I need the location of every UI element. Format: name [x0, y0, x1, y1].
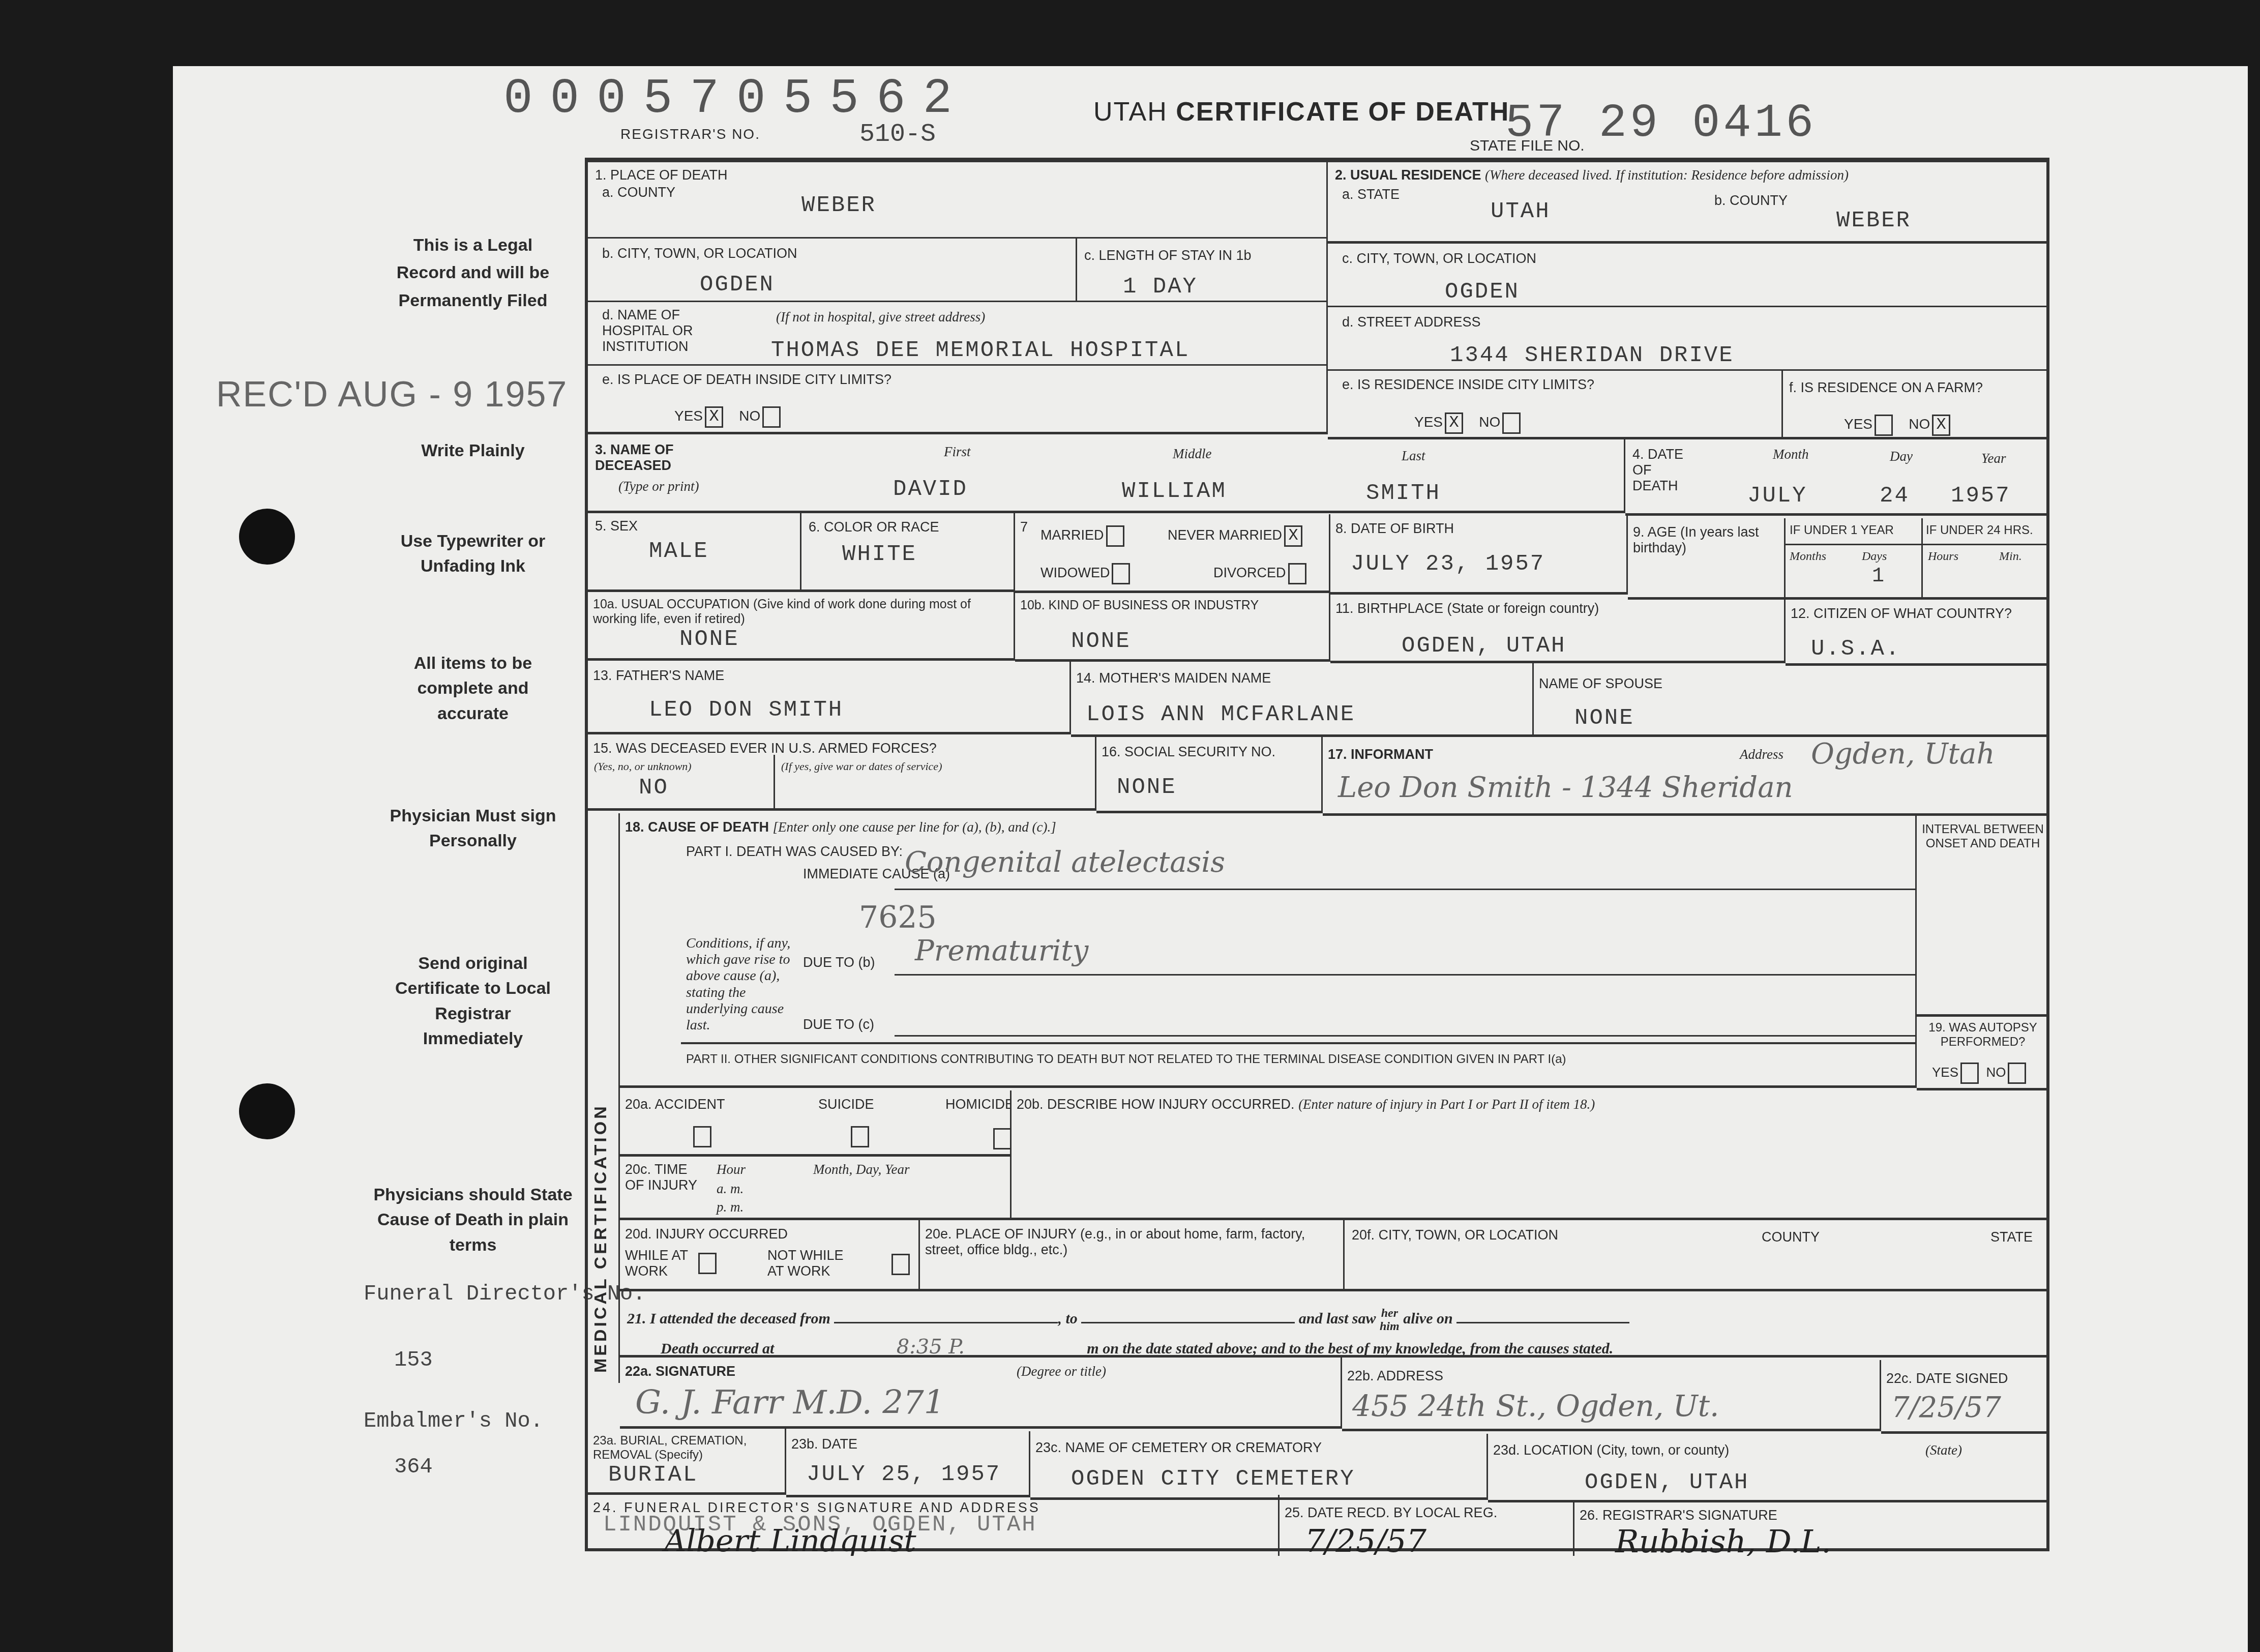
residence-county-label: b. COUNTY [1714, 193, 1788, 209]
informant-address-label: Address [1740, 747, 1783, 762]
field-occupation: 10a. USUAL OCCUPATION (Give kind of work… [588, 592, 1015, 661]
autopsy-label: 19. WAS AUTOPSY PERFORMED? [1922, 1021, 2044, 1049]
armed-forces-hint-2: (If yes, give war or dates of service) [781, 760, 942, 773]
divider [774, 755, 775, 811]
field-physician-signature: 22a. SIGNATURE (Degree or title) G. J. F… [620, 1358, 1342, 1429]
field-injury-location: 20f. CITY, TOWN, OR LOCATION COUNTY STAT… [1345, 1220, 2049, 1291]
spouse-name-label: NAME OF SPOUSE [1539, 676, 1662, 692]
autopsy-no-checkbox[interactable] [2008, 1063, 2026, 1084]
sex-value[interactable]: MALE [649, 539, 709, 564]
field-father-name: 13. FATHER'S NAME LEO DON SMITH [588, 661, 1071, 734]
field-length-of-stay: c. LENGTH OF STAY IN 1b 1 DAY [1077, 239, 1328, 302]
armed-forces-label: 15. WAS DECEASED EVER IN U.S. ARMED FORC… [593, 741, 937, 756]
minutes-label: Min. [1999, 550, 2022, 564]
signature-label: 22a. SIGNATURE [625, 1364, 735, 1379]
yes-label: YES [1414, 414, 1443, 430]
marital-number: 7 [1020, 519, 1028, 535]
date-received-value[interactable]: 7/25/57 [1305, 1522, 1426, 1556]
place-inside-city-no-checkbox[interactable] [762, 406, 781, 428]
suicide-label: SUICIDE [818, 1097, 874, 1112]
not-while-at-work-label: NOT WHILE AT WORK [767, 1248, 859, 1279]
no-label: NO [739, 408, 760, 424]
attended-text: 21. I attended the deceased from [627, 1310, 830, 1327]
funeral-director-signature[interactable]: Albert Lindquist [664, 1523, 916, 1556]
cemetery-label: 23c. NAME OF CEMETERY OR CREMATORY [1035, 1440, 1322, 1456]
attestation-line-2: Death occurred at 8:35 P. m on the date … [661, 1335, 1613, 1358]
part1-label: PART I. DEATH WAS CAUSED BY: [686, 844, 903, 860]
last-saw-text: and last saw [1299, 1310, 1376, 1327]
field-injury-description: 20b. DESCRIBE HOW INJURY OCCURRED. (Ente… [1012, 1090, 2049, 1220]
field-spouse-name: NAME OF SPOUSE NONE [1534, 666, 2049, 737]
margin-note-send-original: Send original Certificate to Local Regis… [386, 951, 559, 1051]
under-1-year-label: IF UNDER 1 YEAR [1790, 523, 1894, 538]
field-age: 9. AGE (In years last birthday) [1628, 518, 1786, 600]
field-race: 6. COLOR OR RACE WHITE [801, 513, 1015, 592]
time-of-injury-label: 20c. TIME OF INJURY [625, 1162, 706, 1193]
alive-on-field[interactable] [1456, 1322, 1629, 1323]
field-date-received: 25. DATE RECD. BY LOCAL REG. 7/25/57 [1280, 1500, 1574, 1556]
field-mother-name: 14. MOTHER'S MAIDEN NAME LOIS ANN MCFARL… [1071, 663, 1534, 737]
injury-description-heading: 20b. DESCRIBE HOW INJURY OCCURRED. (Ente… [1017, 1097, 1595, 1112]
field-armed-forces: 15. WAS DECEASED EVER IN U.S. ARMED FORC… [588, 734, 1096, 811]
field-injury-type: 20a. ACCIDENT SUICIDE HOMICIDE [620, 1090, 1012, 1157]
residence-county-value[interactable]: WEBER [1836, 208, 1911, 233]
field-marital-status: 7 MARRIED NEVER MARRIEDX WIDOWED DIVORCE… [1015, 514, 1330, 593]
field-residence-farm: f. IS RESIDENCE ON A FARM? YES NOX [1783, 371, 2049, 439]
length-of-stay-label: c. LENGTH OF STAY IN 1b [1084, 248, 1252, 263]
field-informant: 17. INFORMANT Address Ogden, Utah Leo Do… [1323, 740, 2049, 816]
hour-label: Hour [717, 1162, 746, 1177]
autopsy-yes-checkbox[interactable] [1960, 1063, 1979, 1084]
divider [1923, 544, 2049, 545]
residence-farm-yes-checkbox[interactable] [1875, 415, 1893, 436]
homicide-checkbox[interactable] [993, 1128, 1012, 1149]
residence-inside-city-label: e. IS RESIDENCE INSIDE CITY LIMITS? [1342, 377, 1594, 393]
field-residence-state-county: 2. USUAL RESIDENCE (Where deceased lived… [1328, 162, 2049, 244]
field-place-inside-city: e. IS PLACE OF DEATH INSIDE CITY LIMITS?… [588, 366, 1328, 434]
him-label: him [1380, 1320, 1400, 1333]
date-received-label: 25. DATE RECD. BY LOCAL REG. [1285, 1505, 1497, 1521]
occupation-label: 10a. USUAL OCCUPATION (Give kind of work… [593, 597, 1005, 627]
first-name-value[interactable]: DAVID [893, 477, 968, 502]
burial-label: 23a. BURIAL, CREMATION, REMOVAL (Specify… [593, 1434, 781, 1462]
field-funeral-director: 24. FUNERAL DIRECTOR'S SIGNATURE AND ADD… [588, 1495, 1280, 1556]
medical-certification-sidebar: MEDICAL CERTIFICATION [589, 813, 614, 1383]
death-time-value[interactable]: 8:35 P. [778, 1335, 1083, 1358]
injury-state-label: STATE [1990, 1229, 2033, 1245]
accident-checkbox[interactable] [693, 1126, 711, 1147]
field-sex: 5. SEX MALE [588, 513, 801, 592]
margin-note-write-plainly: Write Plainly [386, 438, 559, 463]
father-name-value[interactable]: LEO DON SMITH [649, 697, 843, 723]
to-text: , to [1058, 1310, 1077, 1327]
her-label: her [1381, 1307, 1398, 1320]
cause-of-death-label: 18. CAUSE OF DEATH [625, 819, 769, 835]
residence-farm-label: f. IS RESIDENCE ON A FARM? [1789, 380, 1983, 396]
residence-street-label: d. STREET ADDRESS [1342, 314, 1481, 330]
injury-county-label: COUNTY [1762, 1229, 1820, 1245]
attended-to-field[interactable] [1081, 1322, 1295, 1323]
dob-label: 8. DATE OF BIRTH [1335, 521, 1454, 537]
residence-farm-options: YES NOX [1844, 415, 1950, 436]
birthplace-label: 11. BIRTHPLACE (State or foreign country… [1335, 601, 1599, 616]
field-injury-occurred: 20d. INJURY OCCURRED WHILE AT WORK NOT W… [620, 1220, 920, 1291]
due-to-b-label: DUE TO (b) [803, 955, 875, 970]
armed-forces-value[interactable]: NO [639, 775, 669, 801]
describe-injury-hint: (Enter nature of injury in Part I or Par… [1298, 1097, 1595, 1112]
place-of-injury-label: 20e. PLACE OF INJURY (e.g., in or about … [925, 1226, 1332, 1258]
field-under-24-hours: IF UNDER 24 HRS. Hours Min. [1923, 518, 2049, 600]
underline [895, 974, 1917, 976]
suicide-checkbox[interactable] [851, 1126, 869, 1147]
divider [681, 1042, 1917, 1044]
deceased-name-label: 3. NAME OF DECEASED [595, 442, 697, 474]
state-file-label: STATE FILE NO. [1470, 137, 1585, 155]
embalmer-no: 364 [394, 1455, 433, 1479]
field-social-security: 16. SOCIAL SECURITY NO. NONE [1096, 737, 1323, 813]
widowed-label: WIDOWED [1040, 565, 1110, 580]
physician-signature-value[interactable]: G. J. Farr M.D. 271 [635, 1384, 944, 1422]
cause-code: 7625 [859, 900, 937, 935]
describe-injury-label: 20b. DESCRIBE HOW INJURY OCCURRED. [1017, 1097, 1295, 1112]
burial-value[interactable]: BURIAL [608, 1462, 698, 1488]
age-days-value[interactable]: 1 [1872, 565, 1886, 588]
length-of-stay-value[interactable]: 1 DAY [1123, 274, 1198, 300]
death-certificate-form: 1. PLACE OF DEATH a. COUNTY WEBER 2. USU… [585, 158, 2049, 1551]
residence-street-value[interactable]: 1344 SHERIDAN DRIVE [1450, 343, 1734, 368]
registrars-no-label: REGISTRAR'S NO. [620, 126, 760, 142]
punch-hole [239, 1083, 295, 1139]
residence-inside-city-options: YESX NO [1414, 412, 1521, 434]
dob-value[interactable]: JULY 23, 1957 [1351, 551, 1545, 577]
injury-city-label: 20f. CITY, TOWN, OR LOCATION [1352, 1227, 1558, 1243]
field-hospital: d. NAME OF HOSPITAL OR INSTITUTION (If n… [588, 302, 1328, 366]
burial-location-value[interactable]: OGDEN, UTAH [1585, 1470, 1749, 1495]
father-name-label: 13. FATHER'S NAME [593, 668, 724, 684]
no-label: NO [1986, 1065, 2006, 1080]
month-label: Month [1773, 447, 1809, 462]
margin-note-all-items: All items to be complete and accurate [386, 651, 559, 726]
burial-date-label: 23b. DATE [791, 1436, 857, 1452]
punch-hole [239, 509, 295, 565]
divorced-option: DIVORCED [1213, 563, 1306, 584]
industry-value[interactable]: NONE [1071, 629, 1131, 654]
hospital-label: d. NAME OF HOSPITAL OR INSTITUTION [602, 307, 704, 355]
months-label: Months [1790, 550, 1826, 564]
age-label: 9. AGE (In years last birthday) [1633, 524, 1775, 556]
place-county-value[interactable]: WEBER [801, 193, 876, 218]
death-occurred-text: Death occurred at [661, 1340, 774, 1357]
registrar-signature-value[interactable]: Rubbish, D.L. [1615, 1523, 1831, 1556]
registrars-no-value: 510-S [859, 120, 936, 149]
field-residence-street: d. STREET ADDRESS 1344 SHERIDAN DRIVE [1328, 307, 2049, 371]
race-value[interactable]: WHITE [842, 542, 917, 567]
margin-note-legal-record: This is a Legal Record and will be Perma… [386, 231, 559, 314]
place-inside-city-label: e. IS PLACE OF DEATH INSIDE CITY LIMITS? [602, 372, 891, 388]
citizenship-label: 12. CITIZEN OF WHAT COUNTRY? [1791, 606, 2012, 622]
medical-certification-label: MEDICAL CERTIFICATION [591, 1104, 611, 1373]
industry-label: 10b. KIND OF BUSINESS OR INDUSTRY [1020, 598, 1259, 613]
field-burial: 23a. BURIAL, CREMATION, REMOVAL (Specify… [588, 1429, 786, 1495]
dod-day-value[interactable]: 24 [1880, 483, 1910, 509]
residence-state-label: a. STATE [1342, 187, 1400, 202]
under-24-hours-label: IF UNDER 24 HRS. [1926, 523, 2033, 538]
underline [895, 889, 1917, 890]
alive-on-text: alive on [1403, 1310, 1453, 1327]
usual-residence-label: 2. USUAL RESIDENCE [1335, 167, 1481, 183]
immediate-cause-value[interactable]: Congenital atelectasis [905, 846, 1225, 879]
never-married-label: NEVER MARRIED [1168, 527, 1282, 543]
first-label: First [944, 444, 971, 460]
informant-label: 17. INFORMANT [1328, 747, 1433, 762]
burial-location-heading: 23d. LOCATION (City, town, or county) [1493, 1442, 1729, 1458]
while-at-work-label: WHILE AT WORK [625, 1248, 691, 1279]
deceased-name-hint: (Type or print) [618, 479, 699, 494]
margin-note-physicians-should: Physicians should State Cause of Death i… [366, 1183, 580, 1258]
field-industry: 10b. KIND OF BUSINESS OR INDUSTRY NONE [1015, 593, 1330, 662]
registrar-signature-label: 26. REGISTRAR'S SIGNATURE [1580, 1508, 1777, 1523]
am-label: a. m. [717, 1181, 744, 1197]
spouse-name-value[interactable]: NONE [1574, 705, 1634, 731]
field-autopsy: 19. WAS AUTOPSY PERFORMED? YES NO [1917, 1017, 2049, 1090]
married-checkbox[interactable] [1106, 525, 1124, 547]
hospital-value[interactable]: THOMAS DEE MEMORIAL HOSPITAL [771, 338, 1190, 363]
mother-name-label: 14. MOTHER'S MAIDEN NAME [1076, 670, 1271, 686]
attestation-tail-text: m on the date stated above; and to the b… [1087, 1340, 1613, 1357]
hospital-hint: (If not in hospital, give street address… [776, 309, 985, 325]
cemetery-value[interactable]: OGDEN CITY CEMETERY [1071, 1466, 1355, 1492]
residence-state-value[interactable]: UTAH [1491, 199, 1551, 224]
divorced-checkbox[interactable] [1288, 563, 1306, 584]
last-name-value[interactable]: SMITH [1366, 481, 1441, 506]
title-text: CERTIFICATE OF DEATH [1176, 97, 1509, 127]
field-residence-city: c. CITY, TOWN, OR LOCATION OGDEN [1328, 244, 2049, 307]
not-while-at-work-checkbox[interactable] [891, 1254, 910, 1275]
yes-label: YES [674, 408, 703, 424]
divorced-label: DIVORCED [1213, 565, 1286, 580]
cause-of-death-heading: 18. CAUSE OF DEATH [Enter only one cause… [625, 819, 1056, 835]
field-place-city: b. CITY, TOWN, OR LOCATION OGDEN [588, 239, 1077, 302]
date-of-death-label: 4. DATE OF DEATH [1632, 447, 1688, 494]
mother-name-value[interactable]: LOIS ANN MCFARLANE [1086, 702, 1355, 727]
residence-farm-no-checkbox[interactable]: X [1932, 415, 1950, 436]
never-married-checkbox[interactable]: X [1284, 525, 1302, 547]
informant-address-value[interactable]: Ogden, Utah [1811, 740, 1995, 771]
field-cause-of-death: 18. CAUSE OF DEATH [Enter only one cause… [620, 813, 1917, 1088]
date-signed-label: 22c. DATE SIGNED [1886, 1371, 2008, 1386]
county-label: a. COUNTY [602, 185, 675, 200]
hours-label: Hours [1928, 550, 1958, 564]
cause-of-death-hint: [Enter only one cause per line for (a), … [773, 819, 1056, 835]
married-option: MARRIED [1040, 525, 1124, 547]
certificate-title: UTAH CERTIFICATE OF DEATH [1093, 97, 1509, 127]
residence-inside-city-no-checkbox[interactable] [1502, 412, 1521, 434]
received-stamp: REC'D AUG - 9 1957 [216, 374, 568, 415]
field-deceased-name: 3. NAME OF DECEASED (Type or print) Firs… [588, 437, 1625, 513]
field-citizenship: 12. CITIZEN OF WHAT COUNTRY? U.S.A. [1786, 600, 2049, 666]
embalmer-no-label: Embalmer's No. [364, 1409, 543, 1433]
dod-month-value[interactable]: JULY [1747, 483, 1807, 509]
widowed-checkbox[interactable] [1112, 563, 1130, 584]
field-place-county: 1. PLACE OF DEATH a. COUNTY WEBER [588, 162, 1328, 239]
place-city-value[interactable]: OGDEN [700, 272, 775, 298]
year-label: Year [1981, 451, 2006, 466]
field-interval: INTERVAL BETWEEN ONSET AND DEATH [1917, 813, 2049, 1017]
pm-label: p. m. [717, 1199, 744, 1215]
her-him-choice: herhim [1380, 1307, 1400, 1334]
while-at-work-checkbox[interactable] [698, 1253, 717, 1274]
field-registrar-signature: 26. REGISTRAR'S SIGNATURE Rubbish, D.L. [1574, 1502, 2049, 1556]
sex-label: 5. SEX [595, 518, 638, 534]
field-cemetery: 23c. NAME OF CEMETERY OR CREMATORY OGDEN… [1030, 1434, 1488, 1500]
margin-note-typewriter: Use Typewriter or Unfading Ink [386, 529, 559, 579]
field-burial-date: 23b. DATE JULY 25, 1957 [786, 1431, 1030, 1497]
field-date-of-birth: 8. DATE OF BIRTH JULY 23, 1957 [1330, 516, 1628, 595]
date-signed-value[interactable]: 7/25/57 [1891, 1391, 2001, 1424]
homicide-label: HOMICIDE [945, 1097, 1012, 1112]
informant-value[interactable]: Leo Don Smith - 1344 Sheridan [1338, 771, 1793, 804]
burial-location-label: 23d. LOCATION (City, town, or county) [1493, 1442, 1729, 1458]
social-security-label: 16. SOCIAL SECURITY NO. [1102, 744, 1275, 760]
no-label: NO [1909, 416, 1930, 432]
dod-year-value[interactable]: 1957 [1951, 483, 2011, 509]
widowed-option: WIDOWED [1040, 563, 1130, 584]
degree-label: (Degree or title) [1017, 1364, 1106, 1379]
married-label: MARRIED [1040, 527, 1104, 543]
due-to-c-label: DUE TO (c) [803, 1017, 874, 1032]
place-city-label: b. CITY, TOWN, OR LOCATION [602, 246, 797, 261]
physician-address-label: 22b. ADDRESS [1347, 1368, 1443, 1384]
injury-occurred-label: 20d. INJURY OCCURRED [625, 1226, 788, 1242]
field-date-signed: 22c. DATE SIGNED 7/25/57 [1881, 1363, 2049, 1434]
days-label: Days [1862, 550, 1887, 564]
residence-inside-city-yes-checkbox[interactable]: X [1445, 412, 1463, 434]
residence-city-label: c. CITY, TOWN, OR LOCATION [1342, 251, 1536, 267]
place-of-death-label: 1. PLACE OF DEATH [595, 167, 728, 183]
middle-label: Middle [1173, 446, 1211, 462]
underline [895, 1035, 1917, 1037]
field-physician-address: 22b. ADDRESS 455 24th St., Ogden, Ut. [1342, 1360, 1881, 1431]
divider [1786, 544, 1923, 545]
state-hint: (State) [1925, 1442, 1962, 1458]
middle-name-value[interactable]: WILLIAM [1122, 479, 1227, 504]
part2-label: PART II. OTHER SIGNIFICANT CONDITIONS CO… [686, 1052, 1566, 1067]
social-security-value[interactable]: NONE [1117, 775, 1177, 800]
race-label: 6. COLOR OR RACE [809, 519, 939, 535]
place-inside-city-options: YESX NO [674, 406, 781, 428]
field-place-of-injury: 20e. PLACE OF INJURY (e.g., in or about … [920, 1220, 1345, 1291]
field-date-of-death: 4. DATE OF DEATH Month Day Year JULY 24 … [1625, 439, 2049, 516]
field-burial-location: 23d. LOCATION (City, town, or county) (S… [1488, 1436, 2049, 1502]
accident-label: 20a. ACCIDENT [625, 1097, 725, 1112]
field-attestation: 21. I attended the deceased from , to an… [620, 1291, 2049, 1358]
state-name: UTAH [1093, 97, 1168, 127]
usual-residence-heading: 2. USUAL RESIDENCE (Where deceased lived… [1335, 167, 1849, 183]
margin-note-physician-sign: Physician Must sign Personally [386, 804, 559, 854]
field-residence-inside-city: e. IS RESIDENCE INSIDE CITY LIMITS? YESX… [1328, 371, 1783, 439]
attestation-line-1: 21. I attended the deceased from , to an… [627, 1307, 1629, 1334]
field-time-of-injury: 20c. TIME OF INJURY Hour a. m. p. m. Mon… [620, 1157, 1012, 1220]
usual-residence-hint: (Where deceased lived. If institution: R… [1485, 167, 1849, 183]
birthplace-value[interactable]: OGDEN, UTAH [1402, 633, 1566, 659]
no-label: NO [1479, 414, 1500, 430]
yes-label: YES [1844, 416, 1872, 432]
attended-from-field[interactable] [834, 1322, 1058, 1323]
month-day-year-label: Month, Day, Year [813, 1162, 910, 1177]
field-under-1-year: IF UNDER 1 YEAR Months Days 1 [1786, 518, 1923, 600]
burial-date-value[interactable]: JULY 25, 1957 [807, 1462, 1001, 1487]
never-married-option: NEVER MARRIEDX [1168, 525, 1302, 547]
funeral-director-no: 153 [394, 1348, 433, 1372]
residence-city-value[interactable]: OGDEN [1445, 279, 1520, 305]
armed-forces-hint-1: (Yes, no, or unknown) [594, 760, 692, 773]
field-birthplace: 11. BIRTHPLACE (State or foreign country… [1330, 595, 1786, 663]
last-label: Last [1402, 448, 1425, 464]
day-label: Day [1890, 449, 1913, 464]
serial-number: 0005705562 [503, 71, 969, 127]
occupation-value[interactable]: NONE [679, 627, 739, 652]
yes-label: YES [1932, 1065, 1958, 1080]
conditions-hint: Conditions, if any, which gave rise to a… [686, 935, 803, 1034]
autopsy-options: YES NO [1932, 1063, 2026, 1084]
physician-address-value[interactable]: 455 24th St., Ogden, Ut. [1352, 1389, 1719, 1423]
citizenship-value[interactable]: U.S.A. [1811, 636, 1900, 662]
place-inside-city-yes-checkbox[interactable]: X [705, 406, 723, 428]
due-to-b-value[interactable]: Prematurity [915, 934, 1088, 967]
interval-label: INTERVAL BETWEEN ONSET AND DEATH [1922, 822, 2044, 850]
